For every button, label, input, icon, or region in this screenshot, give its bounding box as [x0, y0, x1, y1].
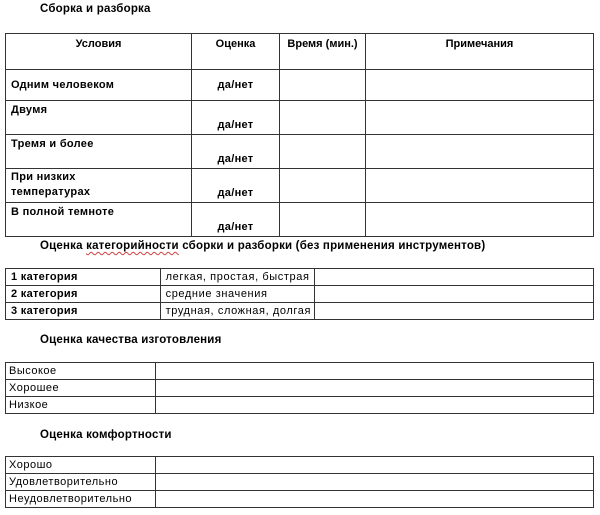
value-cell[interactable] — [315, 286, 594, 303]
assembly-title: Сборка и разборка — [40, 3, 151, 15]
category-title: Оценка категорийности сборки и разборки … — [40, 240, 485, 252]
quality-label: Высокое — [6, 363, 156, 380]
value-cell[interactable] — [156, 457, 594, 474]
notes-cell[interactable] — [366, 70, 594, 101]
comfort-label: Хорошо — [6, 457, 156, 474]
value-cell[interactable] — [156, 363, 594, 380]
description-cell: легкая, простая, быстрая — [160, 269, 315, 286]
category-cell: 3 категория — [6, 303, 161, 320]
quality-label: Низкое — [6, 397, 156, 414]
table-row: Неудовлетворительно — [6, 491, 594, 508]
value-cell[interactable] — [156, 491, 594, 508]
score-cell[interactable]: да/нет — [192, 203, 280, 237]
assembly-header-row: Условия Оценка Время (мин.) Примечания — [6, 34, 594, 70]
score-cell[interactable]: да/нет — [192, 169, 280, 203]
header-score: Оценка — [192, 34, 280, 70]
time-cell[interactable] — [280, 70, 366, 101]
time-cell[interactable] — [280, 135, 366, 169]
score-cell[interactable]: да/нет — [192, 101, 280, 135]
table-row: В полной темноте да/нет — [6, 203, 594, 237]
notes-cell[interactable] — [366, 169, 594, 203]
category-table: 1 категория легкая, простая, быстрая 2 к… — [5, 268, 594, 320]
table-row: Тремя и более да/нет — [6, 135, 594, 169]
table-row: При низких температурах да/нет — [6, 169, 594, 203]
notes-cell[interactable] — [366, 101, 594, 135]
category-title-part: сборки и разборки (без применения инстру… — [179, 240, 486, 252]
condition-cell: Двумя — [6, 101, 192, 135]
time-cell[interactable] — [280, 169, 366, 203]
comfort-label: Неудовлетворительно — [6, 491, 156, 508]
table-row: Низкое — [6, 397, 594, 414]
time-cell[interactable] — [280, 101, 366, 135]
value-cell[interactable] — [315, 303, 594, 320]
value-cell[interactable] — [315, 269, 594, 286]
table-row: 3 категория трудная, сложная, долгая — [6, 303, 594, 320]
condition-cell: В полной темноте — [6, 203, 192, 237]
table-row: Удовлетворительно — [6, 474, 594, 491]
quality-label: Хорошее — [6, 380, 156, 397]
table-row: Высокое — [6, 363, 594, 380]
notes-cell[interactable] — [366, 203, 594, 237]
value-cell[interactable] — [156, 397, 594, 414]
description-cell: средние значения — [160, 286, 315, 303]
quality-table: Высокое Хорошее Низкое — [5, 362, 594, 414]
comfort-table: Хорошо Удовлетворительно Неудовлетворите… — [5, 456, 594, 508]
condition-text: При низких температурах — [11, 170, 111, 200]
condition-cell: При низких температурах — [6, 169, 192, 203]
spellcheck-word: категорийности — [86, 240, 179, 252]
table-row: Хорошее — [6, 380, 594, 397]
table-row: 1 категория легкая, простая, быстрая — [6, 269, 594, 286]
table-row: Хорошо — [6, 457, 594, 474]
description-cell: трудная, сложная, долгая — [160, 303, 315, 320]
category-cell: 1 категория — [6, 269, 161, 286]
notes-cell[interactable] — [366, 135, 594, 169]
score-cell[interactable]: да/нет — [192, 70, 280, 101]
category-cell: 2 категория — [6, 286, 161, 303]
comfort-title: Оценка комфортности — [40, 429, 172, 441]
comfort-label: Удовлетворительно — [6, 474, 156, 491]
assembly-table: Условия Оценка Время (мин.) Примечания О… — [5, 33, 594, 237]
quality-title: Оценка качества изготовления — [40, 334, 222, 346]
score-cell[interactable]: да/нет — [192, 135, 280, 169]
condition-cell: Одним человеком — [6, 70, 192, 101]
category-title-part: Оценка — [40, 240, 86, 252]
value-cell[interactable] — [156, 474, 594, 491]
time-cell[interactable] — [280, 203, 366, 237]
table-row: Одним человеком да/нет — [6, 70, 594, 101]
table-row: 2 категория средние значения — [6, 286, 594, 303]
value-cell[interactable] — [156, 380, 594, 397]
header-conditions: Условия — [6, 34, 192, 70]
header-notes: Примечания — [366, 34, 594, 70]
table-row: Двумя да/нет — [6, 101, 594, 135]
condition-cell: Тремя и более — [6, 135, 192, 169]
header-time: Время (мин.) — [280, 34, 366, 70]
